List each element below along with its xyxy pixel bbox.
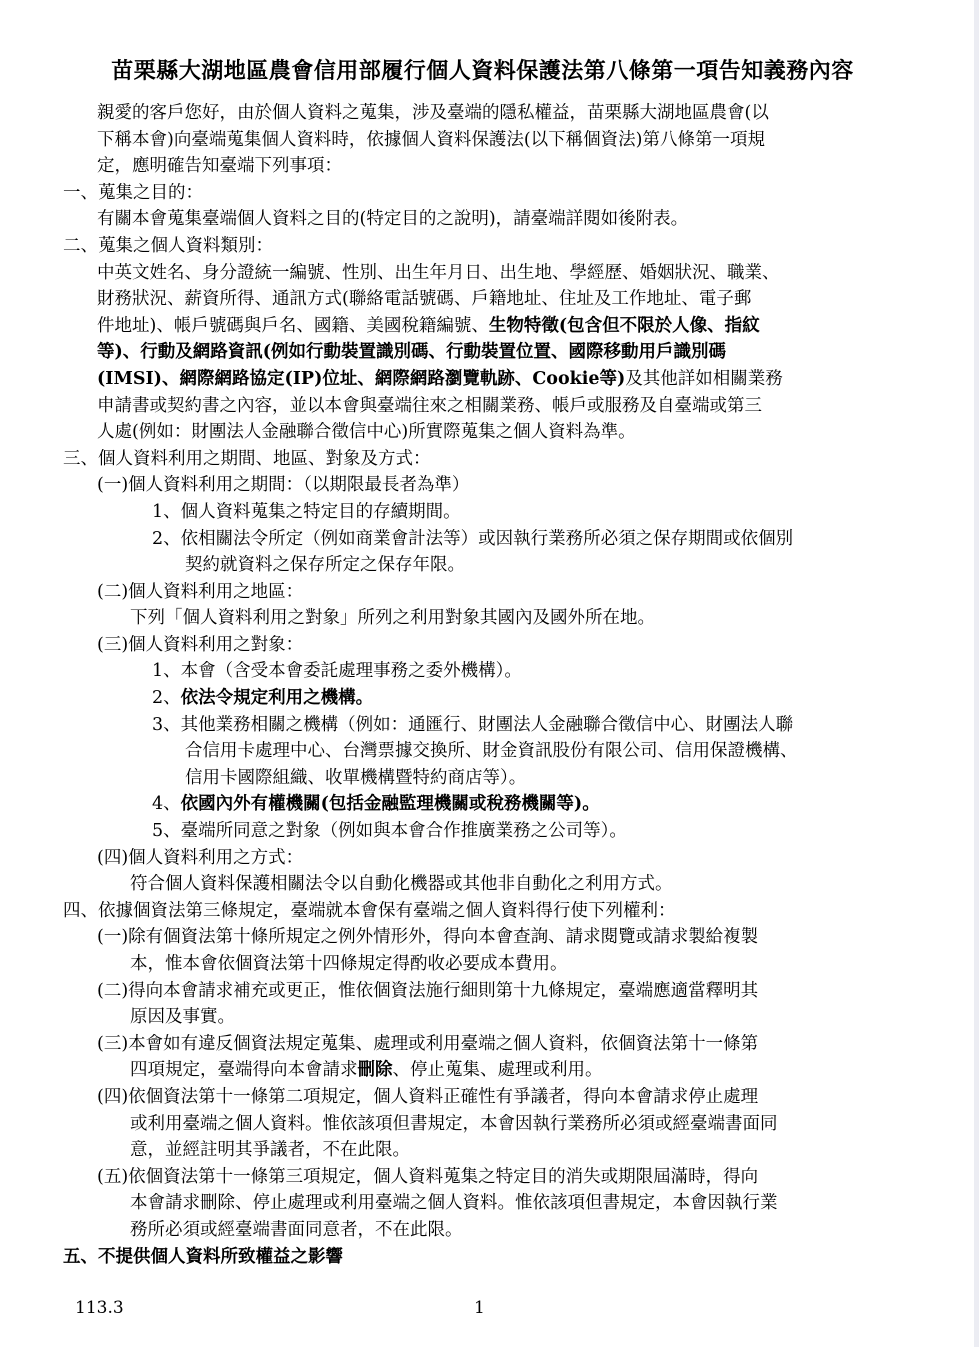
text-segment: (三)本會如有違反個資法規定蒐集、處理或利用臺端之個人資料，依個資法第十一條第 <box>97 1034 758 1054</box>
text-line: 有關本會蒐集臺端個人資料之目的(特定目的之說明)，請臺端詳閱如後附表。 <box>0 206 979 233</box>
text-line: 務所必須或經臺端書面同意者，不在此限。 <box>0 1217 979 1244</box>
text-segment: 四項規定，臺端得向本會請求 <box>130 1060 358 1080</box>
text-segment: 三、個人資料利用之期間、地區、對象及方式： <box>63 449 431 469</box>
text-line: (一)個人資料利用之期間：（以期限最長者為準） <box>0 472 979 499</box>
text-segment: 本會請求刪除、停止處理或利用臺端之個人資料。惟依該項但書規定，本會因執行業 <box>130 1193 778 1213</box>
text-line: 四項規定，臺端得向本會請求刪除、停止蒐集、處理或利用。 <box>0 1057 979 1084</box>
text-segment: 及其他詳如相關業務 <box>625 369 783 389</box>
scrollbar-track[interactable] <box>974 0 979 1347</box>
text-segment: 本，惟本會依個資法第十四條規定得酌收必要成本費用。 <box>130 954 568 974</box>
text-segment: 2、 <box>152 688 181 708</box>
text-segment: 親愛的客戶您好，由於個人資料之蒐集，涉及臺端的隱私權益，苗栗縣大湖地區農會(以 <box>97 103 769 123</box>
text-line: 3、其他業務相關之機構（例如：通匯行、財團法人金融聯合徵信中心、財團法人聯 <box>0 712 979 739</box>
text-segment: 件地址)、帳戶號碼與戶名、國籍、美國稅籍編號、 <box>97 316 489 336</box>
text-line: (一)除有個資法第十條所規定之例外情形外，得向本會查詢、請求閱覽或請求製給複製 <box>0 924 979 951</box>
text-segment: 4、 <box>152 794 181 814</box>
text-line: 1、本會（含受本會委託處理事務之委外機構）。 <box>0 658 979 685</box>
text-segment: 、停止蒐集、處理或利用。 <box>393 1060 603 1080</box>
text-line: 契約就資料之保存所定之保存年限。 <box>0 552 979 579</box>
text-segment: 1、個人資料蒐集之特定目的存續期間。 <box>152 502 461 522</box>
text-segment: 財務狀況、薪資所得、通訊方式(聯絡電話號碼、戶籍地址、住址及工作地址、電子郵 <box>97 289 751 309</box>
text-segment: 契約就資料之保存所定之保存年限。 <box>185 555 465 575</box>
bold-text-segment: 刪除 <box>358 1060 393 1080</box>
text-segment: 信用卡國際組織、收單機構暨特約商店等）。 <box>185 768 526 788</box>
text-line: (三)個人資料利用之對象： <box>0 632 979 659</box>
text-line: 人處(例如：財團法人金融聯合徵信中心)所實際蒐集之個人資料為準。 <box>0 419 979 446</box>
text-line: 定，應明確告知臺端下列事項： <box>0 153 979 180</box>
bold-text-segment: 等)、行動及網路資訊(例如行動裝置識別碼、行動裝置位置、國際移動用戶識別碼 <box>97 342 726 362</box>
text-segment: 或利用臺端之個人資料。惟依該項但書規定，本會因執行業務所必須或經臺端書面同 <box>130 1114 778 1134</box>
text-segment: 符合個人資料保護相關法令以自動化機器或其他非自動化之利用方式。 <box>130 874 673 894</box>
text-line: 2、依法令規定利用之機構。 <box>0 685 979 712</box>
text-segment: (一)個人資料利用之期間：（以期限最長者為準） <box>97 475 469 495</box>
text-segment: 3、其他業務相關之機構（例如：通匯行、財團法人金融聯合徵信中心、財團法人聯 <box>152 715 793 735</box>
text-line: 三、個人資料利用之期間、地區、對象及方式： <box>0 446 979 473</box>
text-line: 四、依據個資法第三條規定，臺端就本會保有臺端之個人資料得行使下列權利： <box>0 898 979 925</box>
text-line: 親愛的客戶您好，由於個人資料之蒐集，涉及臺端的隱私權益，苗栗縣大湖地區農會(以 <box>0 100 979 127</box>
document-title: 苗栗縣大湖地區農會信用部履行個人資料保護法第八條第一項告知義務內容 <box>0 57 965 85</box>
text-line: 二、蒐集之個人資料類別： <box>0 233 979 260</box>
text-line: 合信用卡處理中心、台灣票據交換所、財金資訊股份有限公司、信用保證機構、 <box>0 738 979 765</box>
text-segment: 中英文姓名、身分證統一編號、性別、出生年月日、出生地、學經歷、婚姻狀況、職業、 <box>97 263 780 283</box>
text-segment: (二)個人資料利用之地區： <box>97 582 303 602</box>
text-segment: 下稱本會)向臺端蒐集個人資料時，依據個人資料保護法(以下稱個資法)第八條第一項規 <box>97 130 765 150</box>
text-line: 2、依相關法令所定（例如商業會計法等）或因執行業務所必須之保存期間或依個別 <box>0 526 979 553</box>
text-line: 財務狀況、薪資所得、通訊方式(聯絡電話號碼、戶籍地址、住址及工作地址、電子郵 <box>0 286 979 313</box>
text-line: 或利用臺端之個人資料。惟依該項但書規定，本會因執行業務所必須或經臺端書面同 <box>0 1111 979 1138</box>
text-line: (二)個人資料利用之地區： <box>0 579 979 606</box>
document-body: 親愛的客戶您好，由於個人資料之蒐集，涉及臺端的隱私權益，苗栗縣大湖地區農會(以下… <box>0 100 979 1270</box>
text-segment: (五)依個資法第十一條第三項規定，個人資料蒐集之特定目的消失或期限屆滿時，得向 <box>97 1167 758 1187</box>
text-segment: 下列「個人資料利用之對象」所列之利用對象其國內及國外所在地。 <box>130 608 655 628</box>
text-segment: (二)得向本會請求補充或更正，惟依個資法施行細則第十九條規定，臺端應適當釋明其 <box>97 981 758 1001</box>
text-segment: 四、依據個資法第三條規定，臺端就本會保有臺端之個人資料得行使下列權利： <box>63 901 676 921</box>
text-segment: 合信用卡處理中心、台灣票據交換所、財金資訊股份有限公司、信用保證機構、 <box>185 741 798 761</box>
text-line: 5、臺端所同意之對象（例如與本會合作推廣業務之公司等）。 <box>0 818 979 845</box>
text-line: 4、依國內外有權機關(包括金融監理機關或稅務機關等)。 <box>0 791 979 818</box>
text-line: 中英文姓名、身分證統一編號、性別、出生年月日、出生地、學經歷、婚姻狀況、職業、 <box>0 260 979 287</box>
text-segment: 務所必須或經臺端書面同意者，不在此限。 <box>130 1220 463 1240</box>
text-segment: 5、臺端所同意之對象（例如與本會合作推廣業務之公司等）。 <box>152 821 627 841</box>
document-page: 苗栗縣大湖地區農會信用部履行個人資料保護法第八條第一項告知義務內容 親愛的客戶您… <box>0 0 979 1347</box>
footer-page-number: 1 <box>474 1296 485 1320</box>
document-footer: 113.3 1 <box>0 1296 979 1320</box>
text-segment: (四)依個資法第十一條第二項規定，個人資料正確性有爭議者，得向本會請求停止處理 <box>97 1087 758 1107</box>
text-segment: 申請書或契約書之內容，並以本會與臺端往來之相關業務、帳戶或服務及自臺端或第三 <box>97 396 762 416</box>
text-line: 1、個人資料蒐集之特定目的存續期間。 <box>0 499 979 526</box>
text-line: 信用卡國際組織、收單機構暨特約商店等）。 <box>0 765 979 792</box>
text-line: 申請書或契約書之內容，並以本會與臺端往來之相關業務、帳戶或服務及自臺端或第三 <box>0 393 979 420</box>
bold-text-segment: 依國內外有權機關(包括金融監理機關或稅務機關等)。 <box>181 794 600 814</box>
text-segment: 1、本會（含受本會委託處理事務之委外機構）。 <box>152 661 522 681</box>
footer-version-number: 113.3 <box>75 1296 124 1320</box>
text-line: 一、蒐集之目的： <box>0 180 979 207</box>
text-segment: 有關本會蒐集臺端個人資料之目的(特定目的之說明)，請臺端詳閱如後附表。 <box>97 209 688 229</box>
text-segment: 一、蒐集之目的： <box>63 183 203 203</box>
text-line: 下列「個人資料利用之對象」所列之利用對象其國內及國外所在地。 <box>0 605 979 632</box>
text-line: (IMSI)、網際網路協定(IP)位址、網際網路瀏覽軌跡、Cookie等)及其他… <box>0 366 979 393</box>
text-line: 五、不提供個人資料所致權益之影響 <box>0 1244 979 1271</box>
text-line: (四)依個資法第十一條第二項規定，個人資料正確性有爭議者，得向本會請求停止處理 <box>0 1084 979 1111</box>
text-line: 本會請求刪除、停止處理或利用臺端之個人資料。惟依該項但書規定，本會因執行業 <box>0 1190 979 1217</box>
text-line: (五)依個資法第十一條第三項規定，個人資料蒐集之特定目的消失或期限屆滿時，得向 <box>0 1164 979 1191</box>
text-line: 原因及事實。 <box>0 1004 979 1031</box>
text-line: 符合個人資料保護相關法令以自動化機器或其他非自動化之利用方式。 <box>0 871 979 898</box>
text-line: 本，惟本會依個資法第十四條規定得酌收必要成本費用。 <box>0 951 979 978</box>
text-segment: 人處(例如：財團法人金融聯合徵信中心)所實際蒐集之個人資料為準。 <box>97 422 636 442</box>
text-line: 下稱本會)向臺端蒐集個人資料時，依據個人資料保護法(以下稱個資法)第八條第一項規 <box>0 127 979 154</box>
bold-text-segment: 依法令規定利用之機構。 <box>181 688 374 708</box>
text-segment: 原因及事實。 <box>130 1007 235 1027</box>
text-line: 等)、行動及網路資訊(例如行動裝置識別碼、行動裝置位置、國際移動用戶識別碼 <box>0 339 979 366</box>
text-segment: (三)個人資料利用之對象： <box>97 635 303 655</box>
text-segment: 意，並經註明其爭議者，不在此限。 <box>130 1140 410 1160</box>
text-line: 意，並經註明其爭議者，不在此限。 <box>0 1137 979 1164</box>
bold-text-segment: (IMSI)、網際網路協定(IP)位址、網際網路瀏覽軌跡、Cookie等) <box>97 369 625 389</box>
text-line: (四)個人資料利用之方式： <box>0 845 979 872</box>
text-line: 件地址)、帳戶號碼與戶名、國籍、美國稅籍編號、生物特徵(包含但不限於人像、指紋 <box>0 313 979 340</box>
text-segment: 定，應明確告知臺端下列事項： <box>97 156 342 176</box>
bold-text-segment: 五、不提供個人資料所致權益之影響 <box>63 1247 343 1267</box>
text-segment: 二、蒐集之個人資料類別： <box>63 236 273 256</box>
text-line: (三)本會如有違反個資法規定蒐集、處理或利用臺端之個人資料，依個資法第十一條第 <box>0 1031 979 1058</box>
text-line: (二)得向本會請求補充或更正，惟依個資法施行細則第十九條規定，臺端應適當釋明其 <box>0 978 979 1005</box>
bold-text-segment: 生物特徵(包含但不限於人像、指紋 <box>489 316 760 336</box>
text-segment: 2、依相關法令所定（例如商業會計法等）或因執行業務所必須之保存期間或依個別 <box>152 529 793 549</box>
text-segment: (一)除有個資法第十條所規定之例外情形外，得向本會查詢、請求閱覽或請求製給複製 <box>97 927 758 947</box>
text-segment: (四)個人資料利用之方式： <box>97 848 303 868</box>
